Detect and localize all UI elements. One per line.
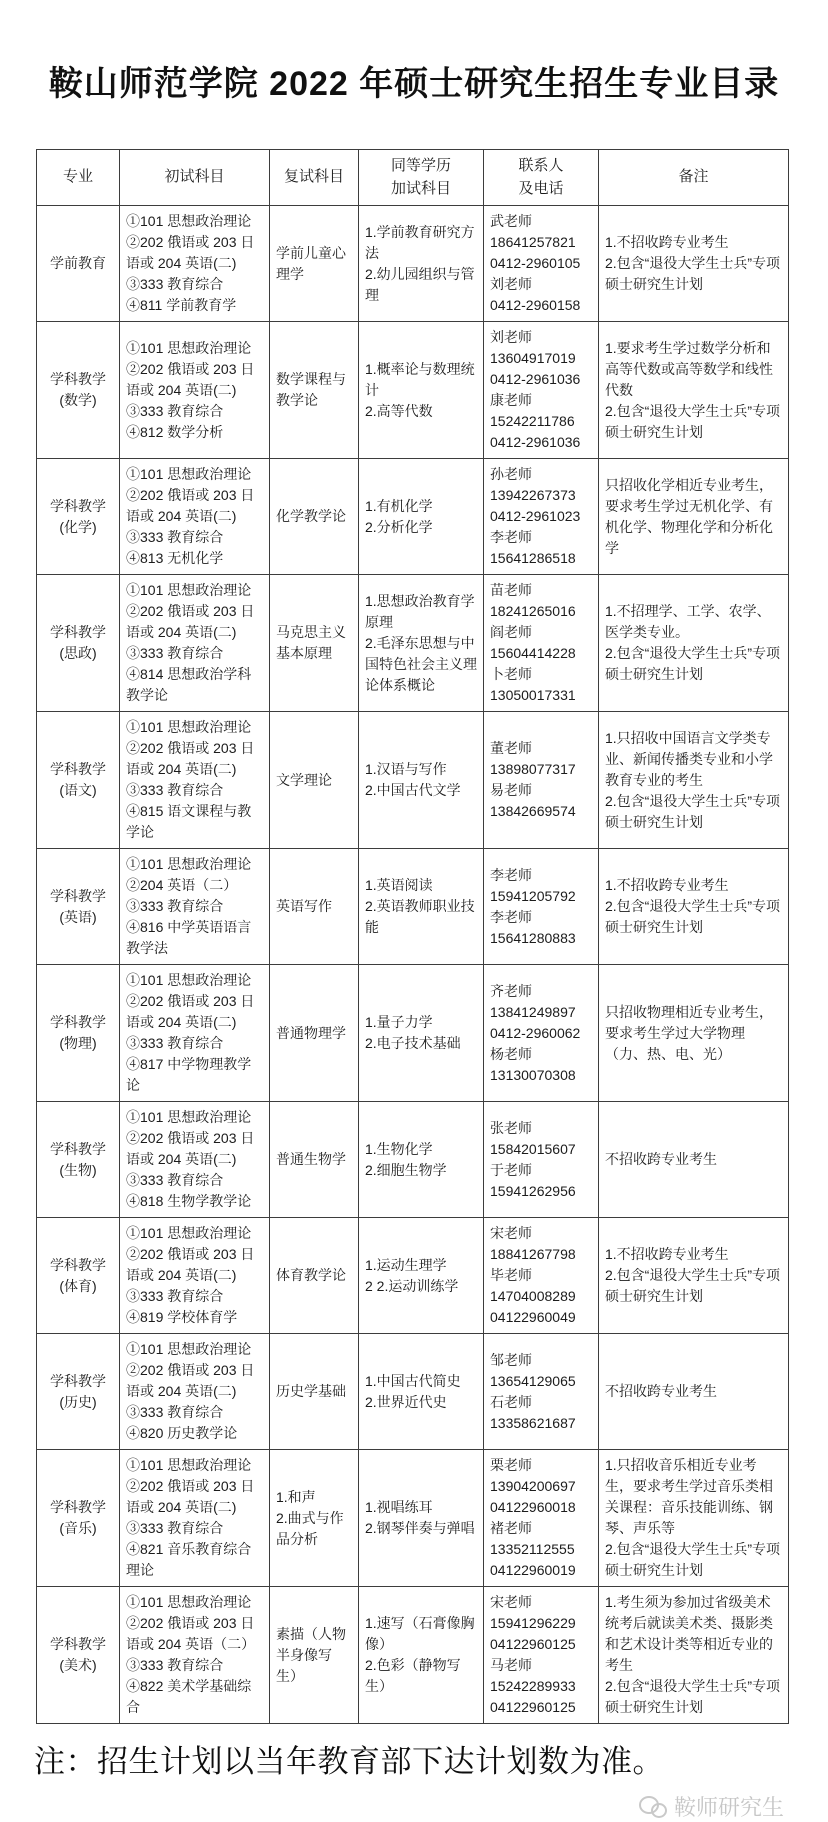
additional-subjects-cell: 1.学前教育研究方法 2.幼儿园组织与管理 bbox=[359, 206, 484, 322]
retest-subjects-cell: 学前儿童心理学 bbox=[270, 206, 359, 322]
major-cell: 学科教学 (思政) bbox=[37, 575, 120, 712]
contact-cell: 董老师 13898077317 易老师 13842669574 bbox=[484, 712, 599, 849]
initial-subjects-cell: ①101 思想政治理论 ②202 俄语或 203 日语或 204 英语(二) ③… bbox=[120, 206, 270, 322]
table-row: 学科教学 (语文) ①101 思想政治理论 ②202 俄语或 203 日语或 2… bbox=[37, 712, 789, 849]
initial-subjects-cell: ①101 思想政治理论 ②202 俄语或 203 日语或 204 英语(二) ③… bbox=[120, 965, 270, 1102]
additional-subjects-cell: 1.英语阅读 2.英语教师职业技能 bbox=[359, 849, 484, 965]
footer-note: 注：招生计划以当年教育部下达计划数为准。 bbox=[34, 1736, 828, 1781]
additional-subjects-cell: 1.速写（石膏像胸像） 2.色彩（静物写生） bbox=[359, 1587, 484, 1724]
contact-cell: 齐老师 13841249897 0412-2960062 杨老师 1313007… bbox=[484, 965, 599, 1102]
remark-cell: 只招收化学相近专业考生，要求考生学过无机化学、有机化学、物理化学和分析化学 bbox=[599, 459, 789, 575]
initial-subjects-cell: ①101 思想政治理论 ②202 俄语或 203 日语或 204 英语(二) ③… bbox=[120, 459, 270, 575]
major-cell: 学科教学 (数学) bbox=[37, 322, 120, 459]
remark-cell: 只招收物理相近专业考生，要求考生学过大学物理（力、热、电、光） bbox=[599, 965, 789, 1102]
retest-subjects-cell: 历史学基础 bbox=[270, 1334, 359, 1450]
contact-cell: 孙老师 13942267373 0412-2961023 李老师 1564128… bbox=[484, 459, 599, 575]
retest-subjects-cell: 化学教学论 bbox=[270, 459, 359, 575]
additional-subjects-cell: 1.思想政治教育学原理 2.毛泽东思想与中国特色社会主义理论体系概论 bbox=[359, 575, 484, 712]
retest-subjects-cell: 普通物理学 bbox=[270, 965, 359, 1102]
admissions-table: 专业 初试科目 复试科目 同等学历 加试科目 联系人 及电话 备注 学前教育 ①… bbox=[36, 149, 789, 1724]
major-cell: 学科教学 (历史) bbox=[37, 1334, 120, 1450]
major-cell: 学前教育 bbox=[37, 206, 120, 322]
contact-cell: 李老师 15941205792 李老师 15641280883 bbox=[484, 849, 599, 965]
remark-cell: 1.不招理学、工学、农学、医学类专业。 2.包含“退役大学生士兵”专项硕士研究生… bbox=[599, 575, 789, 712]
additional-subjects-cell: 1.运动生理学 2 2.运动训练学 bbox=[359, 1218, 484, 1334]
remark-cell: 1.不招收跨专业考生 2.包含“退役大学生士兵”专项硕士研究生计划 bbox=[599, 849, 789, 965]
watermark-label: 鞍师研究生 bbox=[674, 1791, 784, 1822]
contact-cell: 宋老师 18841267798 毕老师 14704008289 04122960… bbox=[484, 1218, 599, 1334]
column-header-additional: 同等学历 加试科目 bbox=[359, 150, 484, 206]
initial-subjects-cell: ①101 思想政治理论 ②204 英语（二） ③333 教育综合 ④816 中学… bbox=[120, 849, 270, 965]
major-cell: 学科教学 (物理) bbox=[37, 965, 120, 1102]
contact-cell: 栗老师 13904200697 04122960018 褚老师 13352112… bbox=[484, 1450, 599, 1587]
page-title: 鞍山师范学院 2022 年硕士研究生招生专业目录 bbox=[0, 0, 828, 105]
additional-subjects-cell: 1.汉语与写作 2.中国古代文学 bbox=[359, 712, 484, 849]
retest-subjects-cell: 体育教学论 bbox=[270, 1218, 359, 1334]
initial-subjects-cell: ①101 思想政治理论 ②202 俄语或 203 日语或 204 英语(二) ③… bbox=[120, 1102, 270, 1218]
column-header-remark: 备注 bbox=[599, 150, 789, 206]
additional-subjects-cell: 1.中国古代简史 2.世界近代史 bbox=[359, 1334, 484, 1450]
retest-subjects-cell: 素描（人物半身像写生） bbox=[270, 1587, 359, 1724]
initial-subjects-cell: ①101 思想政治理论 ②202 俄语或 203 日语或 204 英语(二) ③… bbox=[120, 1334, 270, 1450]
major-cell: 学科教学 (体育) bbox=[37, 1218, 120, 1334]
contact-cell: 刘老师 13604917019 0412-2961036 康老师 1524221… bbox=[484, 322, 599, 459]
retest-subjects-cell: 普通生物学 bbox=[270, 1102, 359, 1218]
major-cell: 学科教学 (语文) bbox=[37, 712, 120, 849]
contact-cell: 张老师 15842015607 于老师 15941262956 bbox=[484, 1102, 599, 1218]
additional-subjects-cell: 1.概率论与数理统计 2.高等代数 bbox=[359, 322, 484, 459]
major-cell: 学科教学 (生物) bbox=[37, 1102, 120, 1218]
column-header-contact: 联系人 及电话 bbox=[484, 150, 599, 206]
table-row: 学科教学 (历史) ①101 思想政治理论 ②202 俄语或 203 日语或 2… bbox=[37, 1334, 789, 1450]
column-header-retest: 复试科目 bbox=[270, 150, 359, 206]
remark-cell: 1.要求考生学过数学分析和高等代数或高等数学和线性代数 2.包含“退役大学生士兵… bbox=[599, 322, 789, 459]
table-row: 学科教学 (音乐) ①101 思想政治理论 ②202 俄语或 203 日语或 2… bbox=[37, 1450, 789, 1587]
retest-subjects-cell: 英语写作 bbox=[270, 849, 359, 965]
contact-cell: 宋老师 15941296229 04122960125 马老师 15242289… bbox=[484, 1587, 599, 1724]
initial-subjects-cell: ①101 思想政治理论 ②202 俄语或 203 日语或 204 英语(二) ③… bbox=[120, 1218, 270, 1334]
additional-subjects-cell: 1.量子力学 2.电子技术基础 bbox=[359, 965, 484, 1102]
table-row: 学科教学 (生物) ①101 思想政治理论 ②202 俄语或 203 日语或 2… bbox=[37, 1102, 789, 1218]
table-row: 学科教学 (物理) ①101 思想政治理论 ②202 俄语或 203 日语或 2… bbox=[37, 965, 789, 1102]
major-cell: 学科教学 (化学) bbox=[37, 459, 120, 575]
column-header-major: 专业 bbox=[37, 150, 120, 206]
remark-cell: 1.考生须为参加过省级美术统考后就读美术类、摄影类和艺术设计类等相近专业的考生 … bbox=[599, 1587, 789, 1724]
remark-cell: 1.不招收跨专业考生 2.包含“退役大学生士兵”专项硕士研究生计划 bbox=[599, 206, 789, 322]
column-header-initial: 初试科目 bbox=[120, 150, 270, 206]
retest-subjects-cell: 1.和声 2.曲式与作品分析 bbox=[270, 1450, 359, 1587]
remark-cell: 1.不招收跨专业考生 2.包含“退役大学生士兵”专项硕士研究生计划 bbox=[599, 1218, 789, 1334]
remark-cell: 不招收跨专业考生 bbox=[599, 1102, 789, 1218]
watermark: 鞍师研究生 bbox=[0, 1791, 784, 1822]
initial-subjects-cell: ①101 思想政治理论 ②202 俄语或 203 日语或 204 英语(二) ③… bbox=[120, 575, 270, 712]
table-row: 学前教育 ①101 思想政治理论 ②202 俄语或 203 日语或 204 英语… bbox=[37, 206, 789, 322]
retest-subjects-cell: 马克思主义基本原理 bbox=[270, 575, 359, 712]
remark-cell: 1.只招收音乐相近专业考生，要求考生学过音乐类相关课程：音乐技能训练、钢琴、声乐… bbox=[599, 1450, 789, 1587]
initial-subjects-cell: ①101 思想政治理论 ②202 俄语或 203 日语或 204 英语(二) ③… bbox=[120, 322, 270, 459]
major-cell: 学科教学 (音乐) bbox=[37, 1450, 120, 1587]
initial-subjects-cell: ①101 思想政治理论 ②202 俄语或 203 日语或 204 英语（二） ③… bbox=[120, 1587, 270, 1724]
table-row: 学科教学 (英语) ①101 思想政治理论 ②204 英语（二） ③333 教育… bbox=[37, 849, 789, 965]
retest-subjects-cell: 数学课程与教学论 bbox=[270, 322, 359, 459]
additional-subjects-cell: 1.生物化学 2.细胞生物学 bbox=[359, 1102, 484, 1218]
initial-subjects-cell: ①101 思想政治理论 ②202 俄语或 203 日语或 204 英语(二) ③… bbox=[120, 1450, 270, 1587]
remark-cell: 不招收跨专业考生 bbox=[599, 1334, 789, 1450]
initial-subjects-cell: ①101 思想政治理论 ②202 俄语或 203 日语或 204 英语(二) ③… bbox=[120, 712, 270, 849]
table-row: 学科教学 (美术) ①101 思想政治理论 ②202 俄语或 203 日语或 2… bbox=[37, 1587, 789, 1724]
contact-cell: 苗老师 18241265016 阎老师 15604414228 卜老师 1305… bbox=[484, 575, 599, 712]
major-cell: 学科教学 (美术) bbox=[37, 1587, 120, 1724]
page: 鞍山师范学院 2022 年硕士研究生招生专业目录 专业 初试科目 复试科目 同等… bbox=[0, 0, 828, 1822]
table-row: 学科教学 (化学) ①101 思想政治理论 ②202 俄语或 203 日语或 2… bbox=[37, 459, 789, 575]
additional-subjects-cell: 1.有机化学 2.分析化学 bbox=[359, 459, 484, 575]
retest-subjects-cell: 文学理论 bbox=[270, 712, 359, 849]
table-row: 学科教学 (数学) ①101 思想政治理论 ②202 俄语或 203 日语或 2… bbox=[37, 322, 789, 459]
additional-subjects-cell: 1.视唱练耳 2.钢琴伴奏与弹唱 bbox=[359, 1450, 484, 1587]
contact-cell: 武老师 18641257821 0412-2960105 刘老师 0412-29… bbox=[484, 206, 599, 322]
table-row: 学科教学 (思政) ①101 思想政治理论 ②202 俄语或 203 日语或 2… bbox=[37, 575, 789, 712]
wechat-logo-icon bbox=[638, 1794, 668, 1820]
major-cell: 学科教学 (英语) bbox=[37, 849, 120, 965]
table-body: 学前教育 ①101 思想政治理论 ②202 俄语或 203 日语或 204 英语… bbox=[37, 206, 789, 1724]
contact-cell: 邹老师 13654129065 石老师 13358621687 bbox=[484, 1334, 599, 1450]
table-header-row: 专业 初试科目 复试科目 同等学历 加试科目 联系人 及电话 备注 bbox=[37, 150, 789, 206]
remark-cell: 1.只招收中国语言文学类专业、新闻传播类专业和小学教育专业的考生 2.包含“退役… bbox=[599, 712, 789, 849]
table-row: 学科教学 (体育) ①101 思想政治理论 ②202 俄语或 203 日语或 2… bbox=[37, 1218, 789, 1334]
